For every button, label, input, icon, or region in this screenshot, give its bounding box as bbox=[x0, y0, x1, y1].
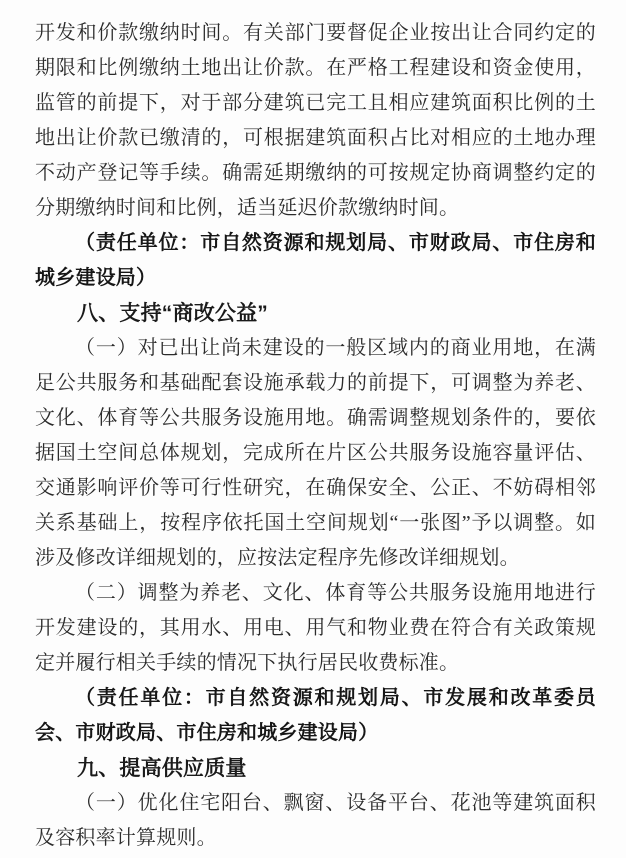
document-page: 开发和价款缴纳时间。有关部门要督促企业按出让合同约定的期限和比例缴纳土地出让价款… bbox=[0, 0, 626, 858]
section-heading-eight: 八、支持“商改公益” bbox=[35, 296, 596, 331]
responsibility-unit-line-2: （责任单位：市自然资源和规划局、市发展和改革委员会、市财政局、市住房和城乡建设局… bbox=[35, 681, 596, 751]
clause-one-floor-area-rules: （一）优化住宅阳台、飘窗、设备平台、花池等建筑面积及容积率计算规则。 bbox=[35, 786, 596, 856]
document-text-block: 开发和价款缴纳时间。有关部门要督促企业按出让合同约定的期限和比例缴纳土地出让价款… bbox=[35, 16, 596, 856]
section-heading-nine: 九、提高供应质量 bbox=[35, 751, 596, 786]
paragraph-payment-terms-continuation: 开发和价款缴纳时间。有关部门要督促企业按出让合同约定的期限和比例缴纳土地出让价款… bbox=[35, 16, 596, 226]
responsibility-unit-line-1: （责任单位：市自然资源和规划局、市财政局、市住房和城乡建设局） bbox=[35, 226, 596, 296]
clause-one-commercial-land-conversion: （一）对已出让尚未建设的一般区域内的商业用地，在满足公共服务和基础配套设施承载力… bbox=[35, 331, 596, 576]
clause-two-utility-fee-standards: （二）调整为养老、文化、体育等公共服务设施用地进行开发建设的，其用水、用电、用气… bbox=[35, 576, 596, 681]
